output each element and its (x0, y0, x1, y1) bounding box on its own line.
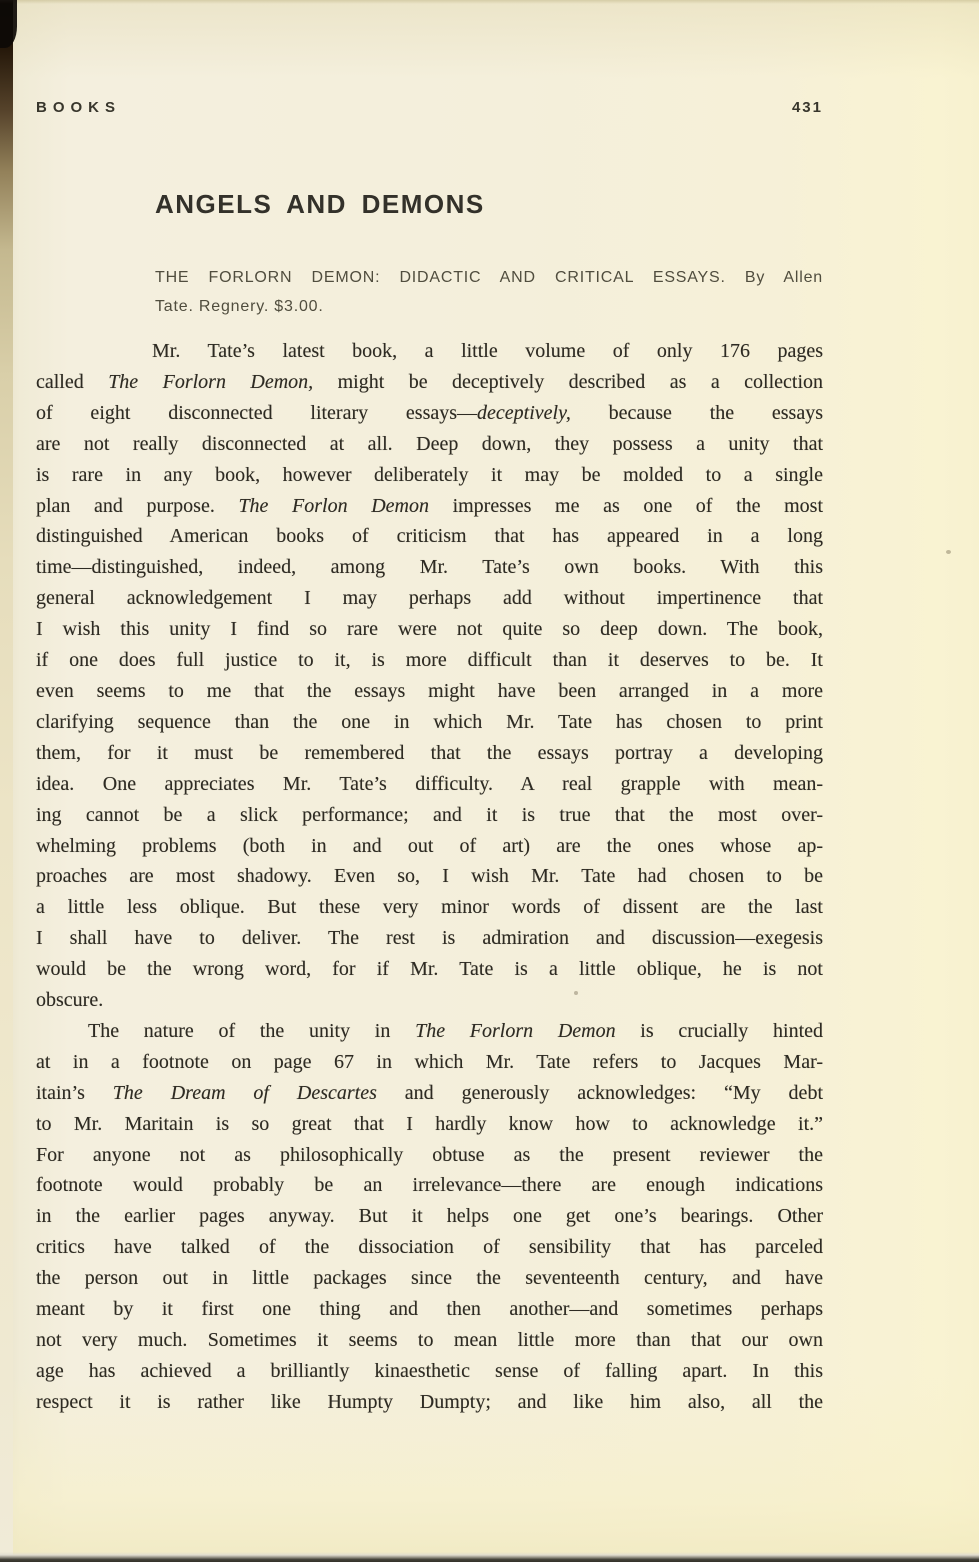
text-segment: footnote would probably be an irrelevanc… (36, 1174, 823, 1196)
text-line: are not really disconnected at all. Deep… (36, 429, 823, 460)
text-segment: plan and purpose. (36, 495, 238, 517)
text-line: distinguished American books of criticis… (36, 521, 823, 552)
text-segment: general acknowledgement I may perhaps ad… (36, 587, 823, 609)
text-segment: age has achieved a brilliantly kinaesthe… (36, 1360, 823, 1382)
text-segment: even seems to me that the essays might h… (36, 680, 823, 702)
text-segment: is rare in any book, however deliberatel… (36, 464, 823, 486)
text-segment: if one does full justice to it, is more … (36, 649, 823, 671)
text-segment: proaches are most shadowy. Even so, I wi… (36, 865, 823, 887)
text-segment: ing cannot be a slick performance; and i… (36, 804, 823, 826)
text-line: called The Forlorn Demon, might be decep… (36, 367, 823, 398)
text-line: ing cannot be a slick performance; and i… (36, 800, 823, 831)
page-top-edge-shadow (0, 0, 979, 4)
text-line: THE FORLORN DEMON: DIDACTIC AND CRITICAL… (155, 263, 823, 292)
page-number: 431 (792, 99, 823, 116)
text-segment: distinguished American books of criticis… (36, 525, 823, 547)
text-line: the person out in little packages since … (36, 1263, 823, 1294)
text-line: The nature of the unity in The Forlorn D… (36, 1016, 823, 1047)
paragraph: Mr. Tate’s latest book, a little volume … (36, 336, 823, 1016)
body-text: Mr. Tate’s latest book, a little volume … (36, 336, 823, 1418)
text-segment: THE FORLORN DEMON: DIDACTIC AND CRITICAL… (155, 269, 823, 286)
text-line: Mr. Tate’s latest book, a little volume … (36, 336, 823, 367)
text-line: in the earlier pages anyway. But it help… (36, 1201, 823, 1232)
text-segment: For anyone not as philosophically obtuse… (36, 1144, 823, 1166)
text-line: For anyone not as philosophically obtuse… (36, 1140, 823, 1171)
text-segment: Tate. Regnery. $3.00. (155, 298, 324, 315)
paragraph: The nature of the unity in The Forlorn D… (36, 1016, 823, 1418)
text-segment: a little less oblique. But these very mi… (36, 896, 823, 918)
text-segment: respect it is rather like Humpty Dumpty;… (36, 1391, 823, 1413)
scan-corner-artifact (0, 0, 17, 48)
text-line: obscure. (36, 985, 823, 1016)
text-line: not very much. Sometimes it seems to mea… (36, 1325, 823, 1356)
text-segment: whelming problems (both in and out of ar… (36, 835, 823, 857)
italic-text-segment: The Forlorn Demon (415, 1020, 616, 1042)
text-segment: at in a footnote on page 67 in which Mr.… (36, 1051, 823, 1073)
text-line: general acknowledgement I may perhaps ad… (36, 583, 823, 614)
text-line: critics have talked of the dissociation … (36, 1232, 823, 1263)
book-citation: THE FORLORN DEMON: DIDACTIC AND CRITICAL… (155, 263, 823, 321)
text-line: idea. One appreciates Mr. Tate’s difficu… (36, 769, 823, 800)
text-segment: not very much. Sometimes it seems to mea… (36, 1329, 823, 1351)
italic-text-segment: deceptively, (477, 402, 571, 424)
page-bottom-edge-shadow (0, 1552, 979, 1562)
text-line: clarifying sequence than the one in whic… (36, 707, 823, 738)
book-page: BOOKS 431 ANGELS AND DEMONS THE FORLORN … (0, 0, 979, 1562)
text-segment: critics have talked of the dissociation … (36, 1236, 823, 1258)
text-segment: of eight disconnected literary essays— (36, 402, 477, 424)
text-segment: Mr. Tate’s latest book, a little volume … (152, 340, 823, 362)
text-line: if one does full justice to it, is more … (36, 645, 823, 676)
text-segment: itain’s (36, 1082, 113, 1104)
text-segment: meant by it first one thing and then ano… (36, 1298, 823, 1320)
text-line: is rare in any book, however deliberatel… (36, 460, 823, 491)
text-segment: are not really disconnected at all. Deep… (36, 433, 823, 455)
text-segment: clarifying sequence than the one in whic… (36, 711, 823, 733)
text-segment: because the essays (571, 402, 823, 424)
text-segment: idea. One appreciates Mr. Tate’s difficu… (36, 773, 823, 795)
text-segment: in the earlier pages anyway. But it help… (36, 1205, 823, 1227)
text-segment: obscure. (36, 989, 103, 1011)
page-left-edge-shadow (0, 0, 13, 1562)
text-line: age has achieved a brilliantly kinaesthe… (36, 1356, 823, 1387)
text-segment: might be deceptively described as a coll… (313, 371, 823, 393)
text-segment: called (36, 371, 108, 393)
text-segment: I shall have to deliver. The rest is adm… (36, 927, 823, 949)
text-line: I shall have to deliver. The rest is adm… (36, 923, 823, 954)
text-segment: time—distinguished, indeed, among Mr. Ta… (36, 556, 823, 578)
text-line: Tate. Regnery. $3.00. (155, 292, 823, 321)
text-line: to Mr. Maritain is so great that I hardl… (36, 1109, 823, 1140)
text-line: meant by it first one thing and then ano… (36, 1294, 823, 1325)
text-line: footnote would probably be an irrelevanc… (36, 1170, 823, 1201)
text-line: proaches are most shadowy. Even so, I wi… (36, 861, 823, 892)
text-line: I wish this unity I find so rare were no… (36, 614, 823, 645)
text-segment: The nature of the unity in (88, 1020, 415, 1042)
text-line: time—distinguished, indeed, among Mr. Ta… (36, 552, 823, 583)
text-segment: to Mr. Maritain is so great that I hardl… (36, 1113, 823, 1135)
text-segment: and generously acknowledges: “My debt (377, 1082, 823, 1104)
text-line: plan and purpose. The Forlon Demon impre… (36, 491, 823, 522)
text-segment: is crucially hinted (616, 1020, 823, 1042)
italic-text-segment: The Forlorn Demon, (108, 371, 313, 393)
text-segment: them, for it must be remembered that the… (36, 742, 823, 764)
text-line: them, for it must be remembered that the… (36, 738, 823, 769)
text-line: at in a footnote on page 67 in which Mr.… (36, 1047, 823, 1078)
text-segment: I wish this unity I find so rare were no… (36, 618, 823, 640)
text-line: even seems to me that the essays might h… (36, 676, 823, 707)
text-line: whelming problems (both in and out of ar… (36, 831, 823, 862)
text-segment: impresses me as one of the most (429, 495, 823, 517)
text-line: a little less oblique. But these very mi… (36, 892, 823, 923)
text-line: of eight disconnected literary essays—de… (36, 398, 823, 429)
running-head-section: BOOKS (36, 99, 121, 116)
text-line: respect it is rather like Humpty Dumpty;… (36, 1387, 823, 1418)
running-head: BOOKS 431 (36, 99, 823, 116)
paper-speck (946, 550, 951, 554)
article-title: ANGELS AND DEMONS (155, 189, 485, 220)
italic-text-segment: The Dream of Descartes (113, 1082, 377, 1104)
text-line: itain’s The Dream of Descartes and gener… (36, 1078, 823, 1109)
text-segment: would be the wrong word, for if Mr. Tate… (36, 958, 823, 980)
text-line: would be the wrong word, for if Mr. Tate… (36, 954, 823, 985)
italic-text-segment: The Forlon Demon (238, 495, 429, 517)
text-segment: the person out in little packages since … (36, 1267, 823, 1289)
